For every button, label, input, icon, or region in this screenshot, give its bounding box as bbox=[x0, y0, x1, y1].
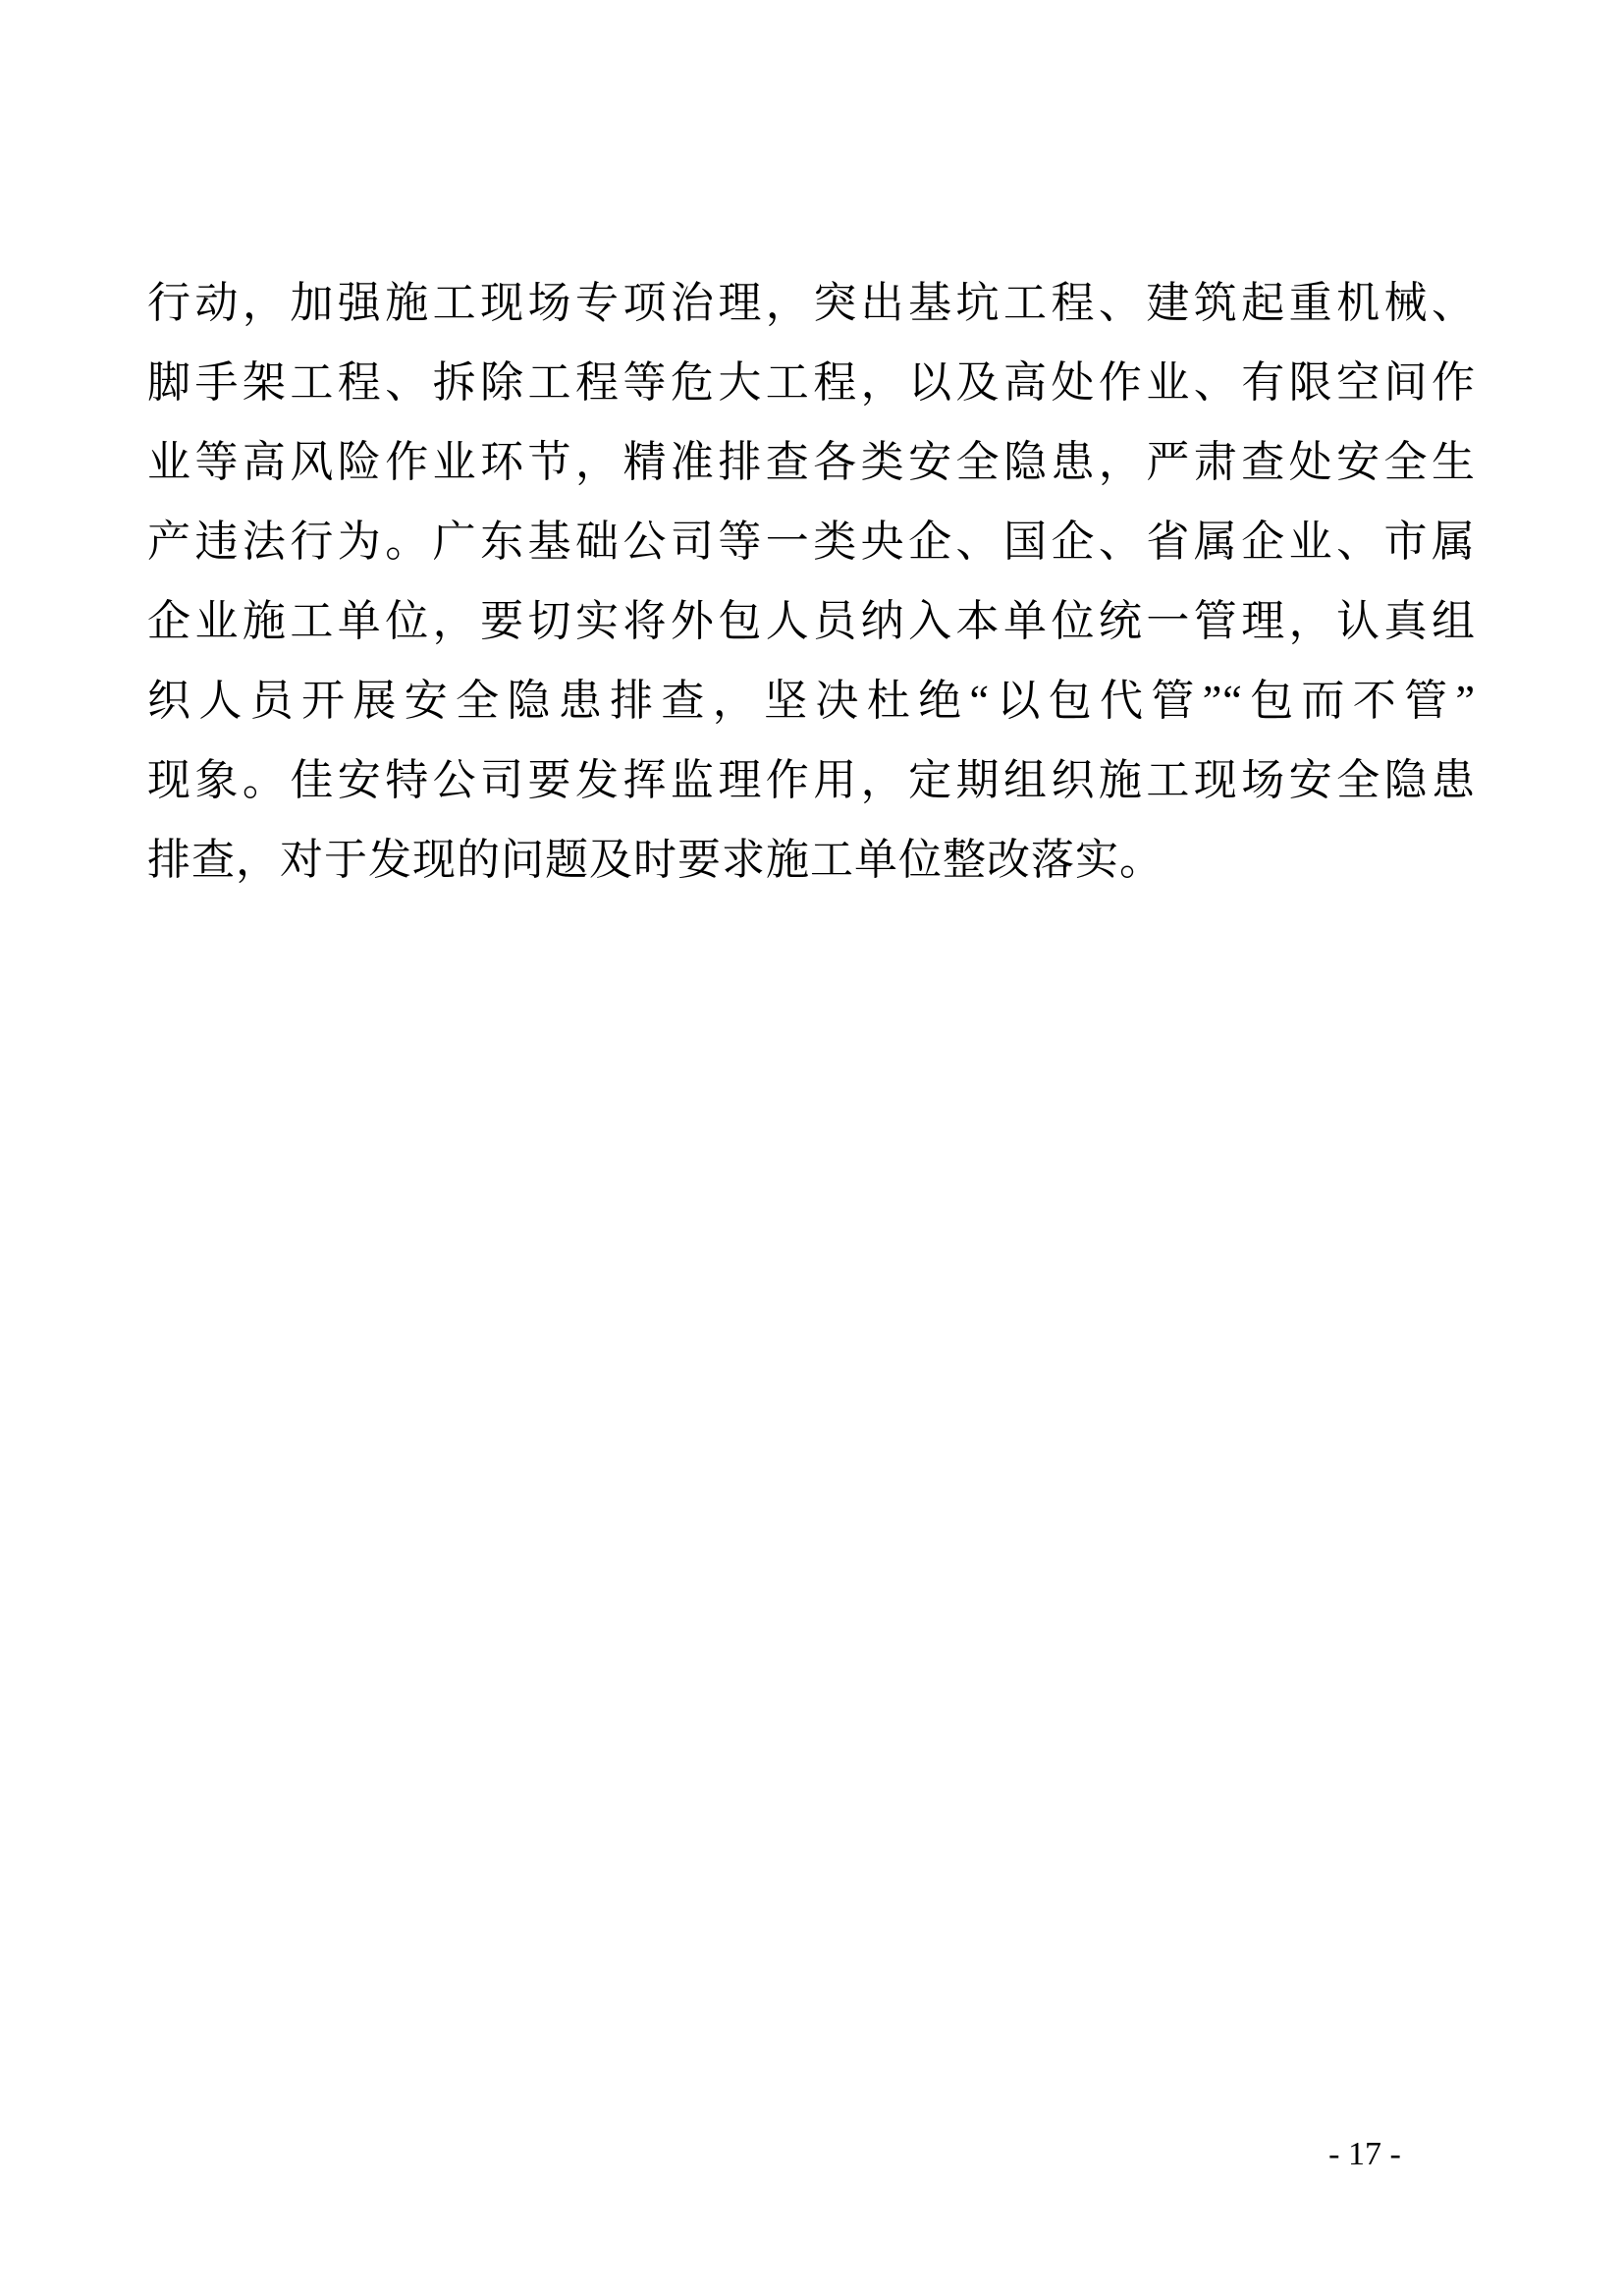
paragraph-line: 企业施工单位，要切实将外包人员纳入本单位统一管理，认真组 bbox=[147, 581, 1476, 661]
paragraph-line: 行动，加强施工现场专项治理，突出基坑工程、建筑起重机械、 bbox=[147, 263, 1476, 343]
paragraph-line: 排查，对于发现的问题及时要求施工单位整改落实。 bbox=[147, 820, 1476, 900]
body-text-block: 行动，加强施工现场专项治理，突出基坑工程、建筑起重机械、 脚手架工程、拆除工程等… bbox=[147, 263, 1476, 900]
paragraph-line: 脚手架工程、拆除工程等危大工程，以及高处作业、有限空间作 bbox=[147, 343, 1476, 422]
document-page: 行动，加强施工现场专项治理，突出基坑工程、建筑起重机械、 脚手架工程、拆除工程等… bbox=[0, 0, 1623, 2296]
paragraph-line: 织人员开展安全隐患排查，坚决杜绝“以包代管”“包而不管” bbox=[147, 661, 1476, 740]
page-number: - 17 - bbox=[1296, 2133, 1434, 2176]
paragraph-line: 产违法行为。广东基础公司等一类央企、国企、省属企业、市属 bbox=[147, 502, 1476, 581]
paragraph-line: 现象。佳安特公司要发挥监理作用，定期组织施工现场安全隐患 bbox=[147, 740, 1476, 820]
paragraph-line: 业等高风险作业环节，精准排查各类安全隐患，严肃查处安全生 bbox=[147, 422, 1476, 502]
